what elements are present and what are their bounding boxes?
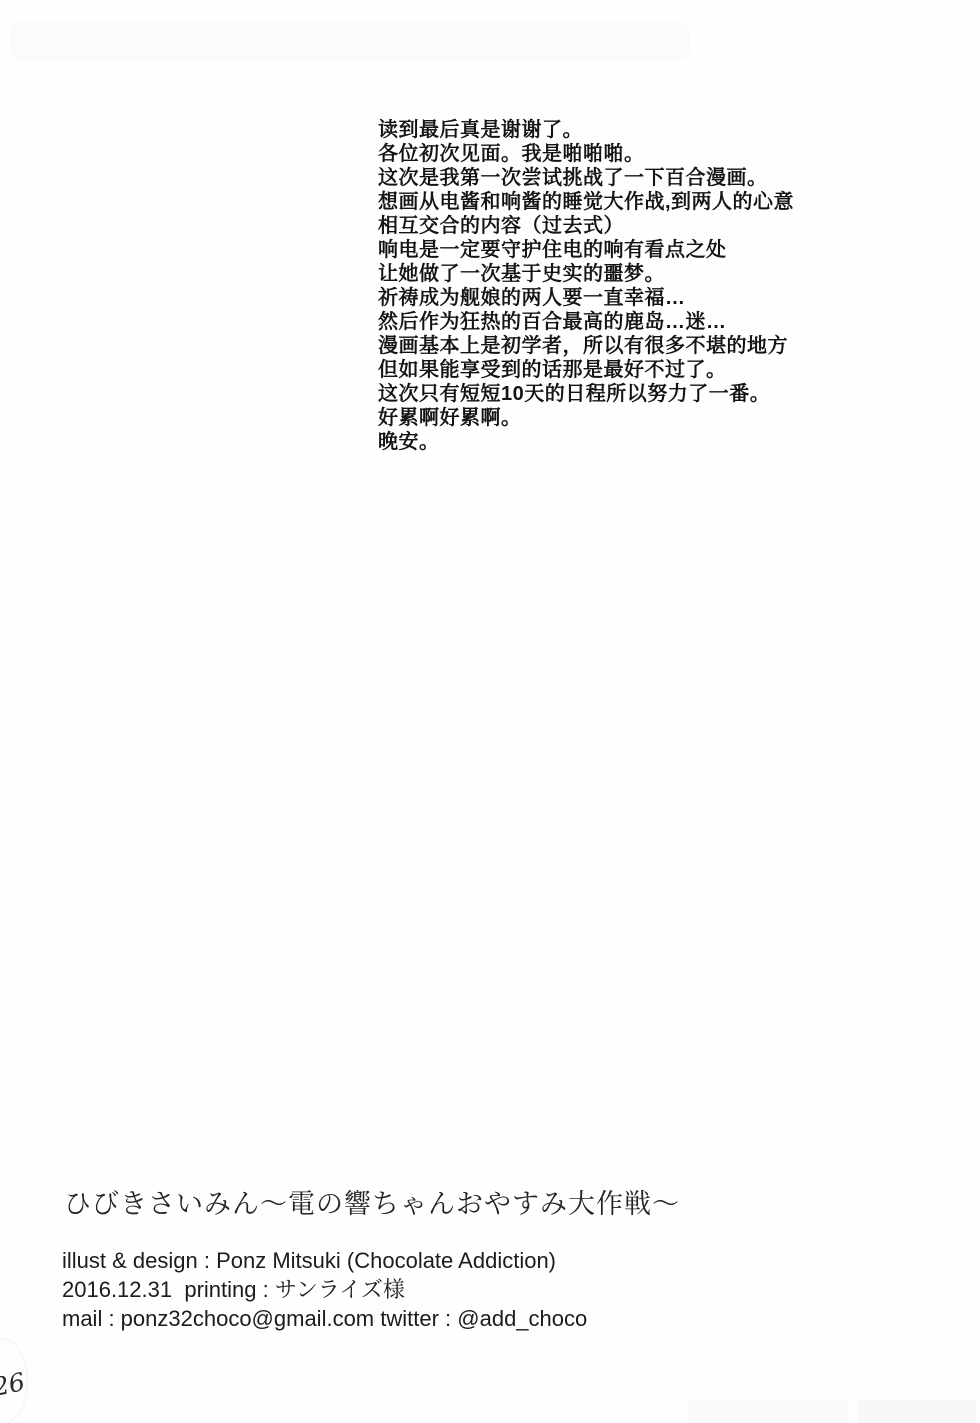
page-number: 26 (0, 1367, 27, 1402)
credit-illust-line: illust & design : Ponz Mitsuki (Chocolat… (62, 1246, 587, 1275)
credit-printing-line: 2016.12.31 printing : サンライズ様 (62, 1275, 587, 1304)
scan-smudge (10, 22, 690, 60)
afterword-line: 读到最后真是谢谢了。 (378, 118, 794, 142)
credit-contact-line: mail : ponz32choco@gmail.com twitter : @… (62, 1304, 587, 1333)
afterword-line: 祈祷成为舰娘的两人要一直幸福… (378, 286, 794, 310)
afterword-line: 相互交合的内容（过去式） (378, 214, 794, 238)
afterword-line: 各位初次见面。我是啪啪啪。 (378, 142, 794, 166)
afterword-line: 但如果能享受到的话那是最好不过了。 (378, 358, 794, 382)
doujin-title: ひびきさいみん～電の響ちゃんおやすみ大作戦～ (64, 1182, 680, 1221)
scan-smudge (858, 1400, 976, 1423)
afterword-line: 晚安。 (378, 430, 794, 454)
afterword-line: 响电是一定要守护住电的响有看点之处 (378, 238, 794, 262)
afterword-text-block: 读到最后真是谢谢了。 各位初次见面。我是啪啪啪。 这次是我第一次尝试挑战了一下百… (378, 118, 794, 454)
afterword-line: 漫画基本上是初学者，所以有很多不堪的地方 (378, 334, 794, 358)
credits-block: illust & design : Ponz Mitsuki (Chocolat… (62, 1246, 587, 1333)
afterword-line: 这次只有短短10天的日程所以努力了一番。 (378, 382, 794, 406)
afterword-line: 然后作为狂热的百合最高的鹿岛…迷… (378, 310, 794, 334)
scan-smudge (688, 1400, 848, 1423)
afterword-line: 想画从电酱和响酱的睡觉大作战,到两人的心意 (378, 190, 794, 214)
afterword-line: 这次是我第一次尝试挑战了一下百合漫画。 (378, 166, 794, 190)
afterword-line: 让她做了一次基于史实的噩梦。 (378, 262, 794, 286)
afterword-line: 好累啊好累啊。 (378, 406, 794, 430)
scanned-afterword-page: 读到最后真是谢谢了。 各位初次见面。我是啪啪啪。 这次是我第一次尝试挑战了一下百… (0, 0, 980, 1423)
